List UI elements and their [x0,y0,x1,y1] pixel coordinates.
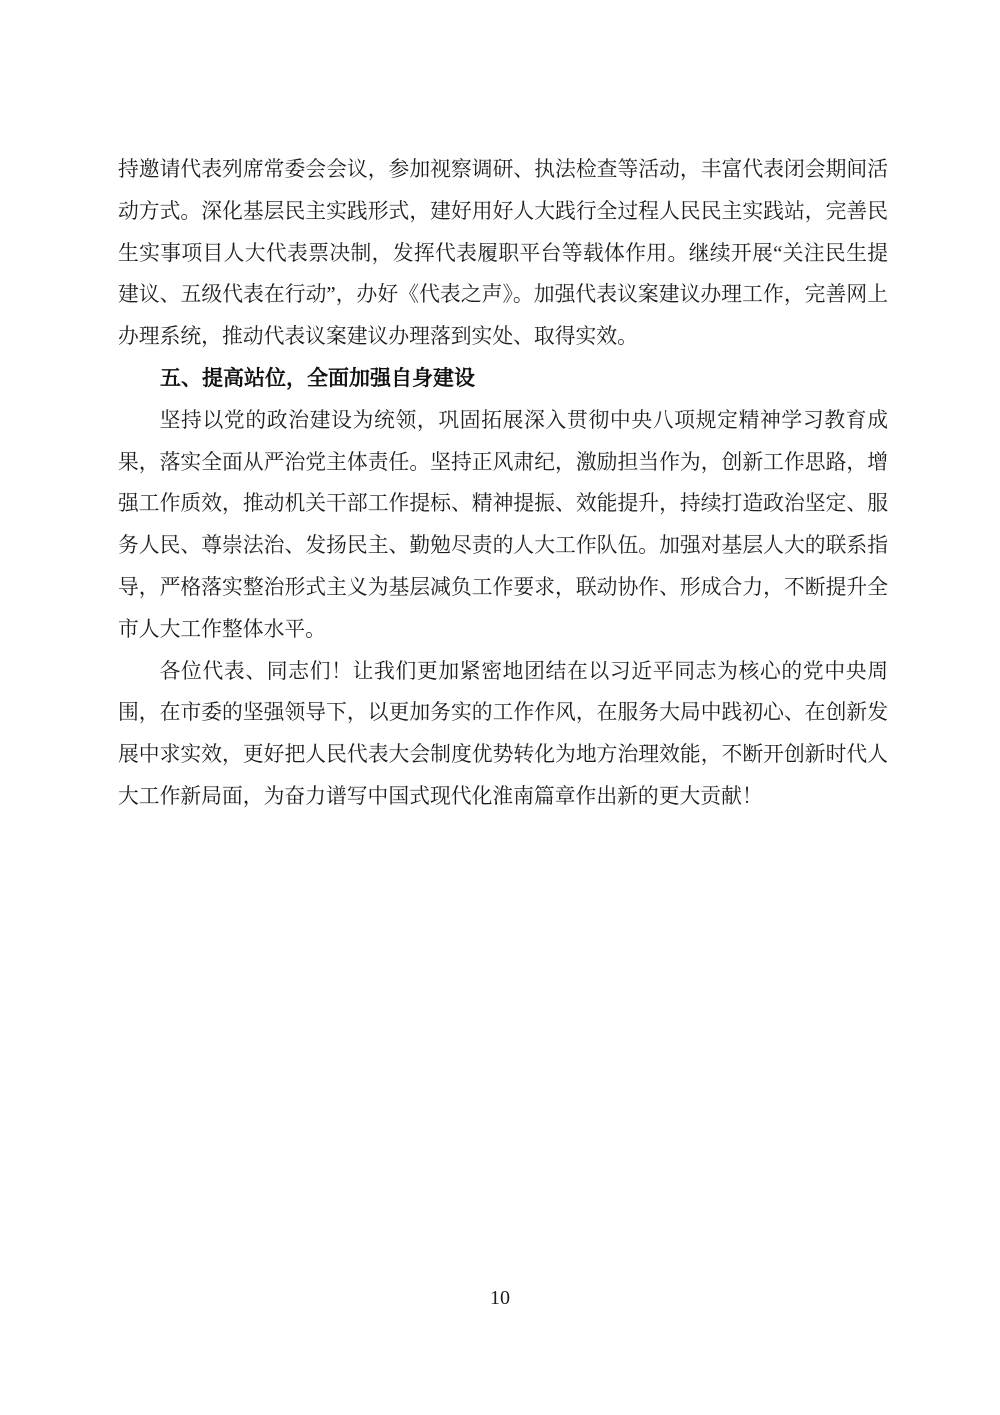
document-page: 持邀请代表列席常委会会议，参加视察调研、执法检查等活动，丰富代表闭会期间活动方式… [0,0,1000,1415]
section-heading-five: 五、提高站位，全面加强自身建设 [118,358,888,400]
paragraph-self-building: 坚持以党的政治建设为统领，巩固拓展深入贯彻中央八项规定精神学习教育成果，落实全面… [118,400,888,651]
page-number: 10 [0,1284,1000,1312]
paragraph-closing: 各位代表、同志们！让我们更加紧密地团结在以习近平同志为核心的党中央周围，在市委的… [118,651,888,818]
document-body: 持邀请代表列席常委会会议，参加视察调研、执法检查等活动，丰富代表闭会期间活动方式… [118,149,888,818]
paragraph-continuation: 持邀请代表列席常委会会议，参加视察调研、执法检查等活动，丰富代表闭会期间活动方式… [118,149,888,358]
